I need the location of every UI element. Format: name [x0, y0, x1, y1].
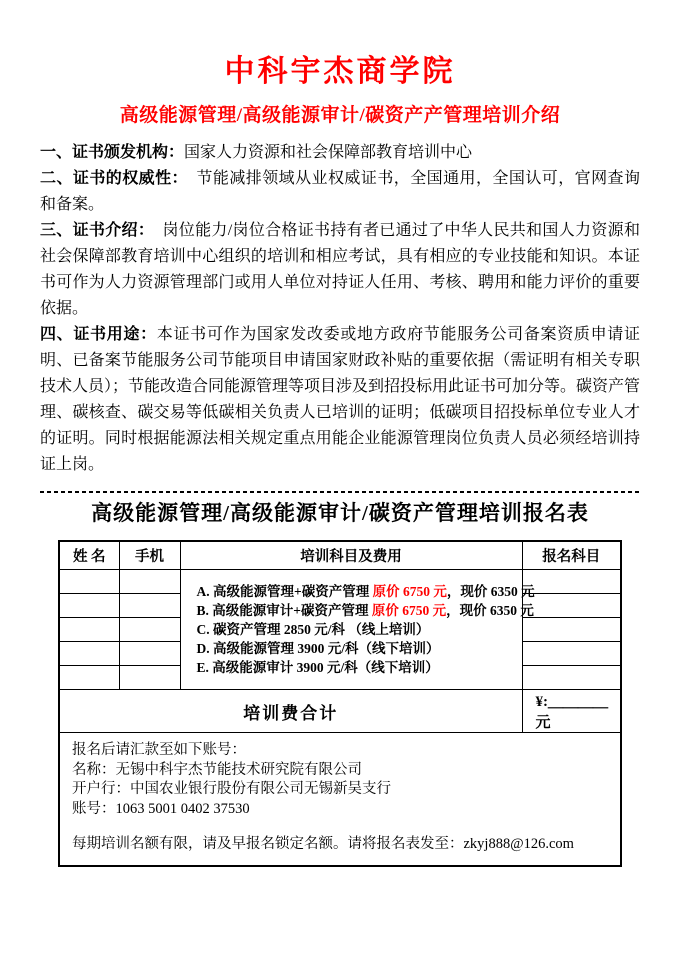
name-input-cell	[59, 618, 119, 642]
intro-paragraph-4: 四、证书用途：本证书可作为国家发改委或地方政府节能服务公司备案资质申请证明、已备…	[40, 322, 640, 478]
subject-input-cell	[522, 594, 621, 618]
total-label: 培训费合计	[59, 690, 522, 733]
total-row: 培训费合计 ¥:＿＿＿＿元	[59, 690, 621, 733]
course-option-e: E. 高级能源审计 3900 元/科（线下培训）	[197, 658, 518, 677]
payment-line-1: 报名后请汇款至如下账号：	[72, 741, 608, 761]
course-option-b: B. 高级能源审计+碳资产管理 原价 6750 元，现价 6350 元	[197, 601, 518, 620]
payment-row: 报名后请汇款至如下账号： 名称：无锡中科宇杰节能技术研究院有限公司 开户行：中国…	[59, 733, 621, 866]
table-row: A. 高级能源管理+碳资产管理 原价 6750 元，现价 6350 元 B. 高…	[59, 570, 621, 594]
intro-text-1: 国家人力资源和社会保障部教育培训中心	[184, 144, 472, 161]
col-header-phone: 手机	[119, 541, 180, 570]
payment-line-2: 名称：无锡中科宇杰节能技术研究院有限公司	[72, 761, 608, 781]
original-price-b: 原价 6750 元	[372, 603, 446, 618]
name-input-cell	[59, 570, 119, 594]
subject-input-cell	[522, 666, 621, 690]
form-title: 高级能源管理/高级能源审计/碳资产管理培训报名表	[40, 497, 640, 527]
payment-line-3: 开户行：中国农业银行股份有限公司无锡新吴支行	[72, 780, 608, 800]
course-option-a: A. 高级能源管理+碳资产管理 原价 6750 元，现价 6350 元	[197, 582, 518, 601]
intro-label-3: 三、证书介绍：	[40, 222, 146, 239]
registration-table: 姓 名 手机 培训科目及费用 报名科目 A. 高级能源管理+碳资产管理 原价 6…	[58, 540, 622, 867]
intro-paragraph-3: 三、证书介绍： 岗位能力/岗位合格证书持有者已通过了中华人民共和国人力资源和社会…	[40, 218, 640, 322]
registration-note: 每期培训名额有限，请及早报名锁定名额。请将报名表发至：zkyj888@126.c…	[72, 835, 608, 855]
payment-info-cell: 报名后请汇款至如下账号： 名称：无锡中科宇杰节能技术研究院有限公司 开户行：中国…	[59, 733, 621, 866]
document-page: 中科宇杰商学院 高级能源管理/高级能源审计/碳资产产管理培训介绍 一、证书颁发机…	[0, 0, 680, 867]
page-subtitle: 高级能源管理/高级能源审计/碳资产产管理培训介绍	[40, 100, 640, 127]
intro-label-1: 一、证书颁发机构：	[40, 144, 184, 161]
phone-input-cell	[119, 666, 180, 690]
subject-input-cell	[522, 618, 621, 642]
dashed-separator	[40, 491, 640, 493]
intro-text-4: 本证书可作为国家发改委或地方政府节能服务公司备案资质申请证明、已备案节能服务公司…	[40, 326, 640, 473]
phone-input-cell	[119, 642, 180, 666]
phone-input-cell	[119, 570, 180, 594]
intro-sections: 一、证书颁发机构：国家人力资源和社会保障部教育培训中心 二、证书的权威性： 节能…	[40, 140, 640, 478]
courses-cell: A. 高级能源管理+碳资产管理 原价 6750 元，现价 6350 元 B. 高…	[180, 570, 522, 690]
table-header-row: 姓 名 手机 培训科目及费用 报名科目	[59, 541, 621, 570]
name-input-cell	[59, 666, 119, 690]
name-input-cell	[59, 594, 119, 618]
intro-paragraph-2: 二、证书的权威性： 节能减排领域从业权威证书，全国通用，全国认可，官网查询和备案…	[40, 166, 640, 218]
col-header-subject: 报名科目	[522, 541, 621, 570]
intro-paragraph-1: 一、证书颁发机构：国家人力资源和社会保障部教育培训中心	[40, 140, 640, 166]
payment-line-4: 账号：1063 5001 0402 37530	[72, 800, 608, 820]
col-header-courses: 培训科目及费用	[180, 541, 522, 570]
subject-input-cell	[522, 570, 621, 594]
intro-label-2: 二、证书的权威性：	[40, 170, 180, 187]
course-option-d: D. 高级能源管理 3900 元/科（线下培训）	[197, 639, 518, 658]
original-price-a: 原价 6750 元	[373, 584, 447, 599]
name-input-cell	[59, 642, 119, 666]
phone-input-cell	[119, 594, 180, 618]
page-title: 中科宇杰商学院	[40, 46, 640, 90]
phone-input-cell	[119, 618, 180, 642]
subject-input-cell	[522, 642, 621, 666]
course-option-c: C. 碳资产管理 2850 元/科 （线上培训）	[197, 620, 518, 639]
col-header-name: 姓 名	[59, 541, 119, 570]
total-amount-cell: ¥:＿＿＿＿元	[522, 690, 621, 733]
intro-label-4: 四、证书用途：	[40, 326, 157, 343]
